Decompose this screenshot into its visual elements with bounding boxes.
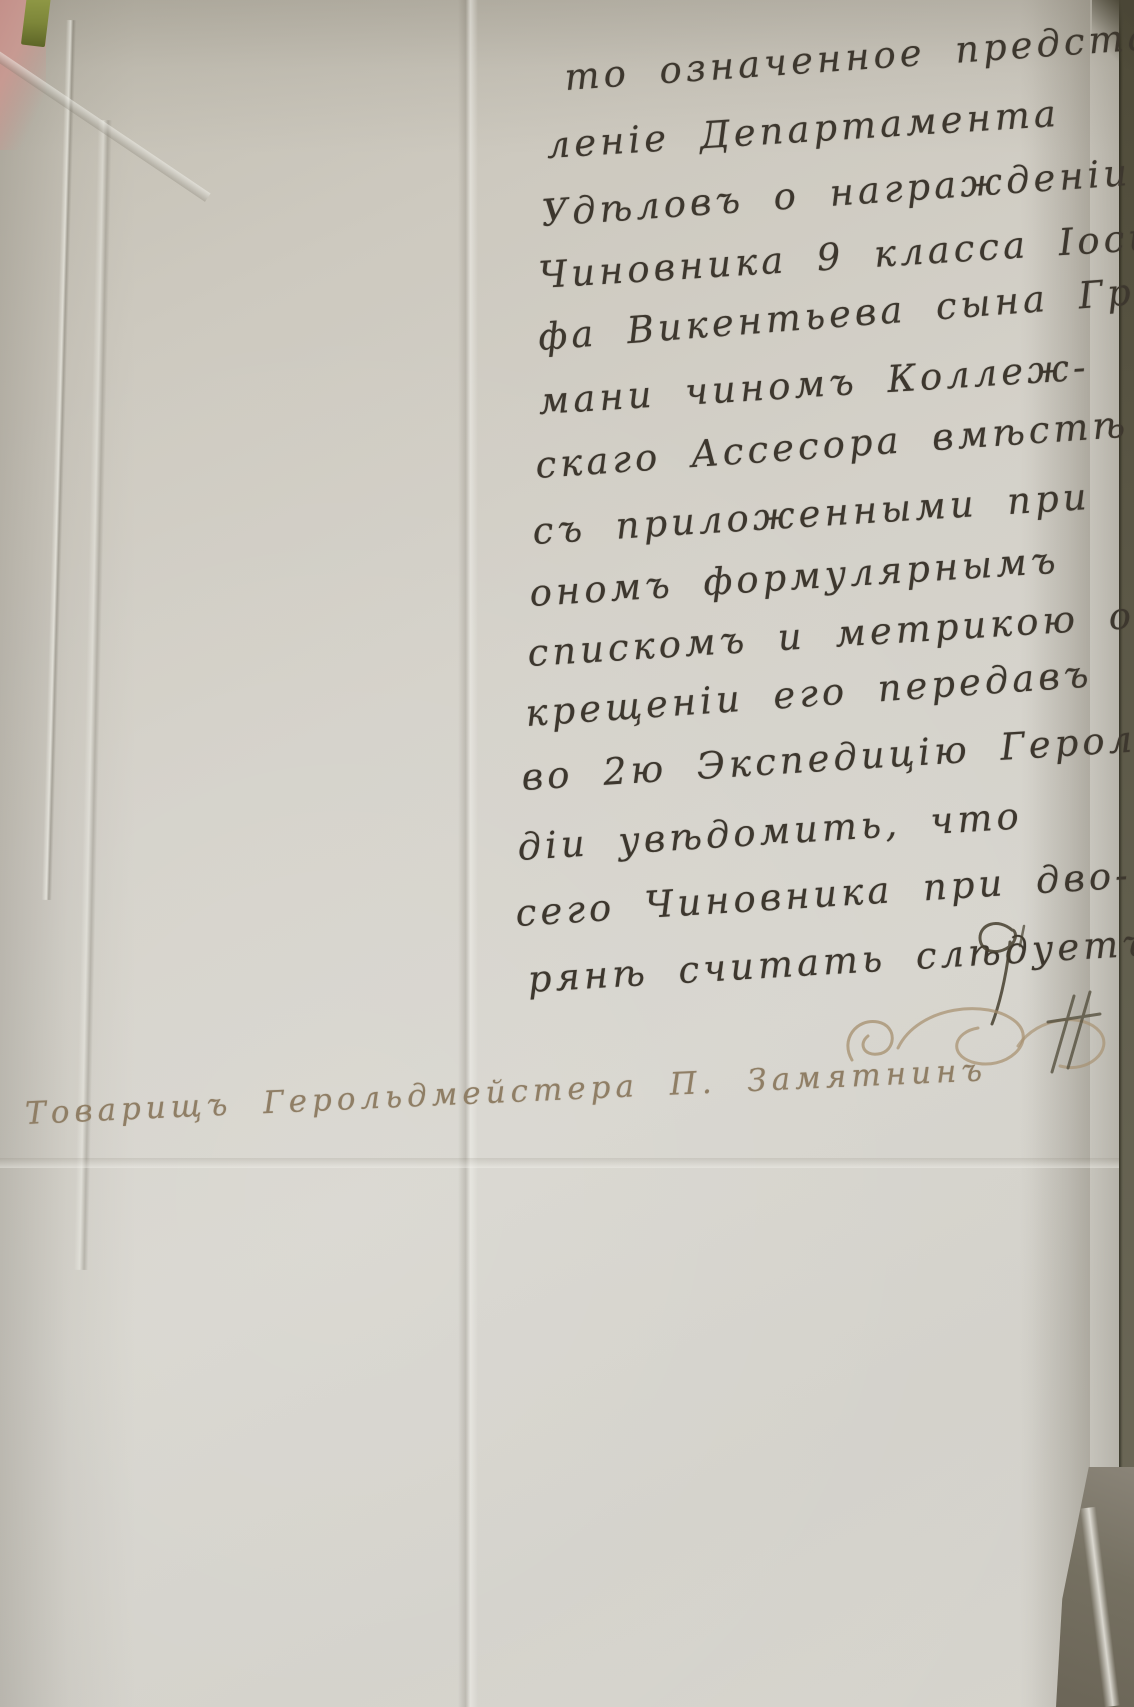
horizontal-crease xyxy=(0,1158,1134,1168)
manuscript-line: діи увѣдомить, что xyxy=(516,794,1024,869)
vertical-fold-crease xyxy=(458,0,478,1707)
ribbon-icon xyxy=(21,0,51,47)
manuscript-line: леніе Департамента xyxy=(545,92,1061,167)
signature-line: Товарищъ Герольдмейстера П. Замятнинъ xyxy=(24,1052,987,1132)
page-edge-crease xyxy=(42,20,77,900)
manuscript-page-photo: то означенное представ- леніе Департамен… xyxy=(0,0,1134,1707)
